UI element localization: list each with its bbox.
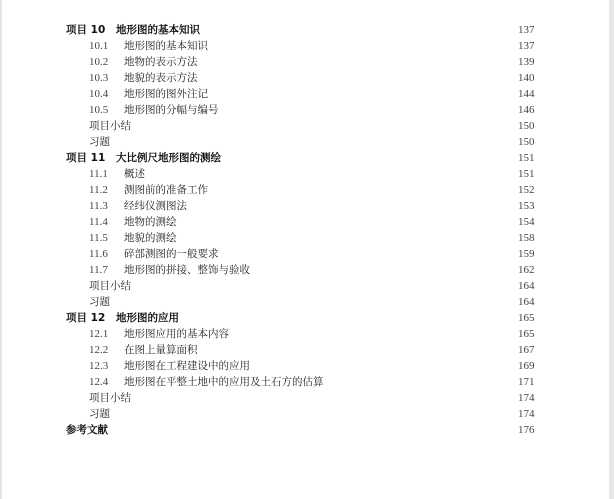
references-title: 参考文献 <box>66 422 108 438</box>
section-title: 地形图应用的基本内容 <box>124 326 229 342</box>
chapter-title: 地形图的应用 <box>116 310 179 326</box>
page-number: 151 <box>518 166 538 182</box>
page-number: 153 <box>518 198 538 214</box>
section-title: 地形图的基本知识 <box>124 38 208 54</box>
dot-leader <box>325 374 515 390</box>
dot-leader <box>187 310 514 326</box>
toc-section-11-4[interactable]: 11.4地物的测绘 154 <box>89 214 538 230</box>
page-number: 174 <box>518 406 538 422</box>
section-number: 11.4 <box>89 214 124 230</box>
page-number: 167 <box>518 342 538 358</box>
page-number: 154 <box>518 214 538 230</box>
section-title: 地形图的图外注记 <box>124 86 208 102</box>
chapter-number: 项目 12 <box>66 310 116 326</box>
page-number: 144 <box>518 86 538 102</box>
dot-leader <box>229 150 514 166</box>
section-title: 地貌的表示方法 <box>124 70 198 86</box>
page-number: 176 <box>518 422 538 438</box>
toc-section-11-1[interactable]: 11.1概述 151 <box>89 166 538 182</box>
toc-section-10-3[interactable]: 10.3地貌的表示方法 140 <box>89 70 538 86</box>
page-number: 139 <box>518 54 538 70</box>
section-title: 碎部测图的一般要求 <box>124 246 219 262</box>
section-title: 经纬仪测图法 <box>124 198 187 214</box>
section-title: 地形图在工程建设中的应用 <box>124 358 250 374</box>
toc-section-12-3[interactable]: 12.3地形图在工程建设中的应用 169 <box>89 358 538 374</box>
section-number: 10.5 <box>89 102 124 118</box>
exercises-title: 习题 <box>89 294 110 310</box>
toc-summary-10[interactable]: 项目小结 150 <box>89 118 538 134</box>
toc-section-11-5[interactable]: 11.5地貌的测绘 158 <box>89 230 538 246</box>
dot-leader <box>209 86 514 102</box>
dot-leader <box>251 358 514 374</box>
dot-leader <box>251 262 514 278</box>
dot-leader <box>220 246 515 262</box>
section-number: 10.1 <box>89 38 124 54</box>
page-number: 159 <box>518 246 538 262</box>
section-number: 11.5 <box>89 230 124 246</box>
chapter-title: 地形图的基本知识 <box>116 22 200 38</box>
dot-leader <box>132 390 514 406</box>
section-title: 地形图在平整土地中的应用及土石方的估算 <box>124 374 324 390</box>
section-number: 11.3 <box>89 198 124 214</box>
toc-section-11-3[interactable]: 11.3经纬仪测图法 153 <box>89 198 538 214</box>
toc-section-12-4[interactable]: 12.4地形图在平整土地中的应用及土石方的估算 171 <box>89 374 538 390</box>
toc-chapter-12[interactable]: 项目 12地形图的应用 165 <box>66 310 538 326</box>
toc-exercises-12[interactable]: 习题 174 <box>89 406 538 422</box>
dot-leader <box>199 70 515 86</box>
page-number: 169 <box>518 358 538 374</box>
section-number: 11.7 <box>89 262 124 278</box>
toc-section-12-2[interactable]: 12.2在图上量算面积 167 <box>89 342 538 358</box>
toc-section-11-7[interactable]: 11.7地形图的拼接、整饰与验收 162 <box>89 262 538 278</box>
page-number: 162 <box>518 262 538 278</box>
dot-leader <box>178 214 515 230</box>
toc-section-10-1[interactable]: 10.1地形图的基本知识 137 <box>89 38 538 54</box>
section-title: 概述 <box>124 166 145 182</box>
summary-title: 项目小结 <box>89 278 131 294</box>
page-number: 137 <box>518 38 538 54</box>
dot-leader <box>199 342 515 358</box>
toc-section-11-2[interactable]: 11.2测图前的准备工作 152 <box>89 182 538 198</box>
chapter-number: 项目 11 <box>66 150 116 166</box>
toc-references[interactable]: 参考文献 176 <box>66 422 538 438</box>
section-number: 11.1 <box>89 166 124 182</box>
section-title: 地物的测绘 <box>124 214 177 230</box>
dot-leader <box>230 326 514 342</box>
summary-title: 项目小结 <box>89 390 131 406</box>
chapter-title: 大比例尺地形图的测绘 <box>116 150 221 166</box>
toc-summary-11[interactable]: 项目小结 164 <box>89 278 538 294</box>
page-left-edge <box>0 0 2 499</box>
toc-summary-12[interactable]: 项目小结 174 <box>89 390 538 406</box>
page-number: 152 <box>518 182 538 198</box>
section-title: 在图上量算面积 <box>124 342 198 358</box>
section-number: 12.2 <box>89 342 124 358</box>
dot-leader <box>111 294 514 310</box>
dot-leader <box>220 102 515 118</box>
section-title: 地形图的分幅与编号 <box>124 102 219 118</box>
toc-section-10-2[interactable]: 10.2地物的表示方法 139 <box>89 54 538 70</box>
exercises-title: 习题 <box>89 406 110 422</box>
exercises-title: 习题 <box>89 134 110 150</box>
toc-section-10-4[interactable]: 10.4地形图的图外注记 144 <box>89 86 538 102</box>
dot-leader <box>208 22 514 38</box>
page-number: 150 <box>518 134 538 150</box>
page-number: 171 <box>518 374 538 390</box>
section-title: 测图前的准备工作 <box>124 182 208 198</box>
dot-leader <box>111 134 514 150</box>
dot-leader <box>111 406 514 422</box>
dot-leader <box>132 278 514 294</box>
chapter-number: 项目 10 <box>66 22 116 38</box>
toc-section-12-1[interactable]: 12.1地形图应用的基本内容 165 <box>89 326 538 342</box>
toc-chapter-11[interactable]: 项目 11大比例尺地形图的测绘 151 <box>66 150 538 166</box>
page-number: 165 <box>518 326 538 342</box>
page-number: 165 <box>518 310 538 326</box>
dot-leader <box>199 54 515 70</box>
toc-chapter-10[interactable]: 项目 10地形图的基本知识 137 <box>66 22 538 38</box>
section-number: 10.3 <box>89 70 124 86</box>
section-number: 11.2 <box>89 182 124 198</box>
section-number: 12.1 <box>89 326 124 342</box>
section-number: 10.4 <box>89 86 124 102</box>
page-number: 151 <box>518 150 538 166</box>
dot-leader <box>209 182 514 198</box>
summary-title: 项目小结 <box>89 118 131 134</box>
dot-leader <box>109 422 514 438</box>
page-number: 137 <box>518 22 538 38</box>
toc-exercises-10[interactable]: 习题 150 <box>89 134 538 150</box>
section-title: 地形图的拼接、整饰与验收 <box>124 262 250 278</box>
section-title: 地貌的测绘 <box>124 230 177 246</box>
section-number: 12.4 <box>89 374 124 390</box>
section-number: 12.3 <box>89 358 124 374</box>
dot-leader <box>146 166 514 182</box>
page-number: 150 <box>518 118 538 134</box>
section-number: 11.6 <box>89 246 124 262</box>
section-title: 地物的表示方法 <box>124 54 198 70</box>
section-number: 10.2 <box>89 54 124 70</box>
dot-leader <box>178 230 515 246</box>
dot-leader <box>132 118 514 134</box>
page-number: 174 <box>518 390 538 406</box>
page-number: 146 <box>518 102 538 118</box>
dot-leader <box>188 198 514 214</box>
page-number: 158 <box>518 230 538 246</box>
page-number: 140 <box>518 70 538 86</box>
page-number: 164 <box>518 278 538 294</box>
toc-section-10-5[interactable]: 10.5地形图的分幅与编号 146 <box>89 102 538 118</box>
page-number: 164 <box>518 294 538 310</box>
toc-section-11-6[interactable]: 11.6碎部测图的一般要求 159 <box>89 246 538 262</box>
dot-leader <box>209 38 514 54</box>
toc-exercises-11[interactable]: 习题 164 <box>89 294 538 310</box>
scrollbar-track[interactable] <box>609 0 614 499</box>
